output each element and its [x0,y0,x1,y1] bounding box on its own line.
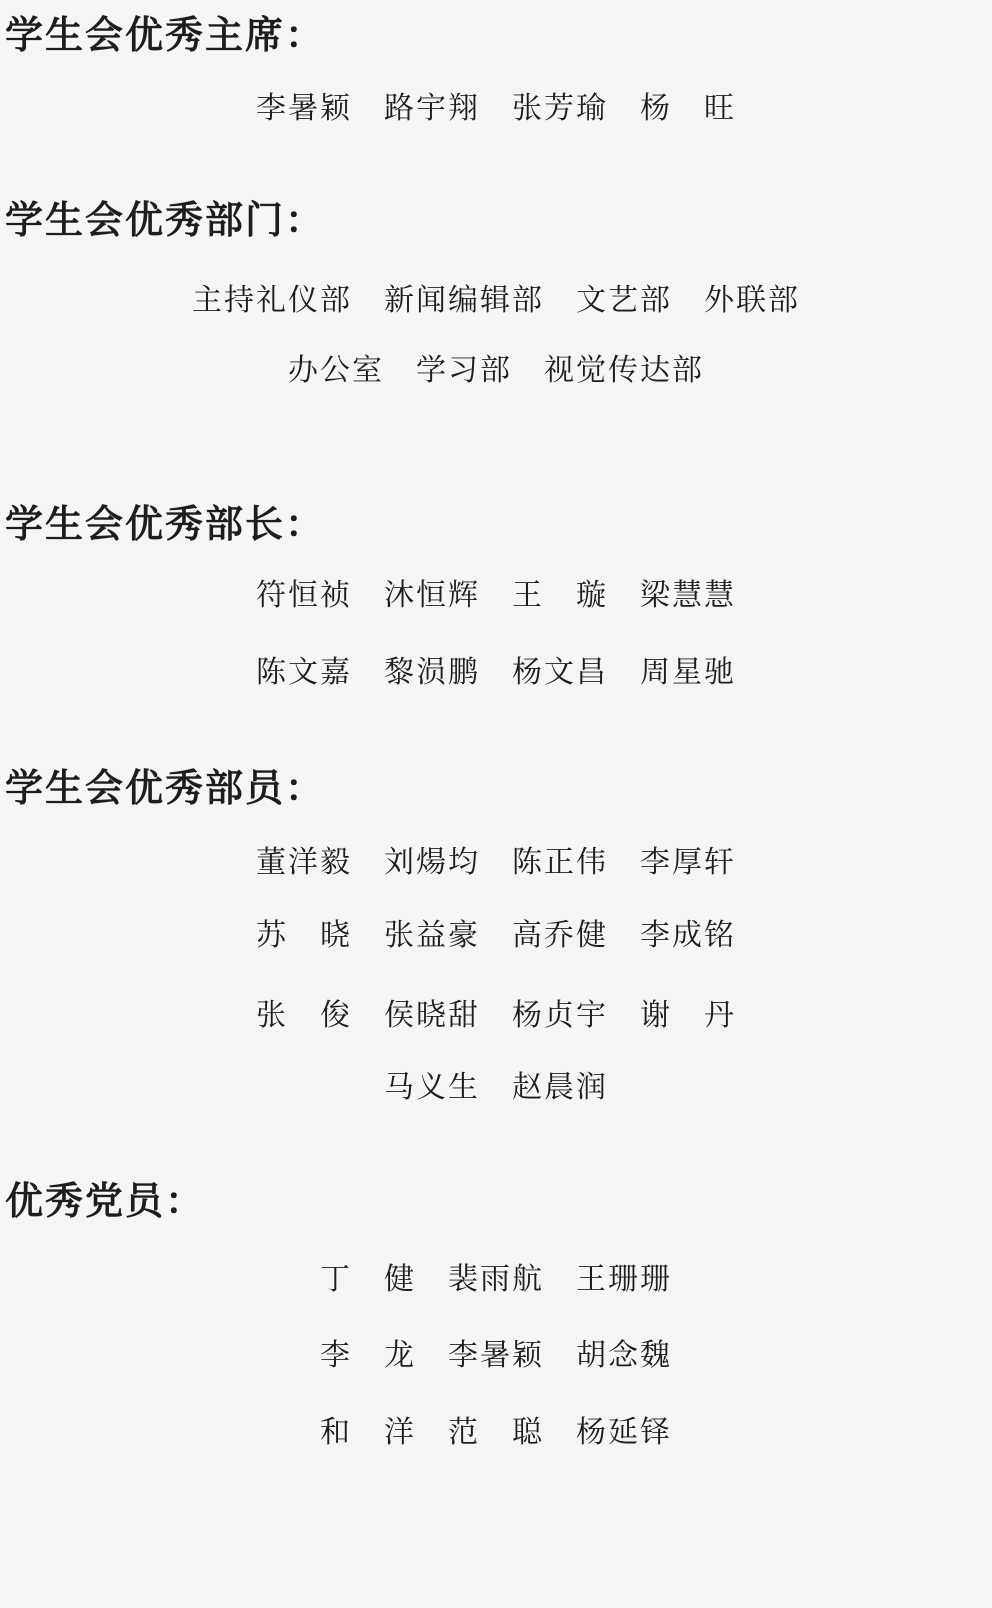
names-line: 张 俊 侯晓甜 杨贞宇 谢 丹 [0,998,992,1034]
names-line: 丁 健 裴雨航 王珊珊 [0,1262,992,1298]
names-line: 和 洋 范 聪 杨延铎 [0,1415,992,1451]
section-heading-party-members: 优秀党员： [0,1180,992,1224]
names-line: 办公室 学习部 视觉传达部 [0,353,992,389]
names-line: 李 龙 李暑颖 胡念魏 [0,1338,992,1374]
names-line: 马义生 赵晨润 [0,1070,992,1106]
section-heading-members: 学生会优秀部员： [0,767,992,811]
names-line: 主持礼仪部 新闻编辑部 文艺部 外联部 [0,283,992,319]
section-heading-presidents: 学生会优秀主席： [0,14,992,58]
section-heading-departments: 学生会优秀部门： [0,199,992,243]
names-line: 陈文嘉 黎涢鹏 杨文昌 周星驰 [0,655,992,691]
names-line: 苏 晓 张益豪 高乔健 李成铭 [0,918,992,954]
names-line: 李暑颖 路宇翔 张芳瑜 杨 旺 [0,91,992,127]
section-heading-department-heads: 学生会优秀部长： [0,503,992,547]
names-line: 董洋毅 刘煬均 陈正伟 李厚轩 [0,845,992,881]
names-line: 符恒祯 沐恒辉 王 璇 梁慧慧 [0,578,992,614]
award-list-page: 学生会优秀主席： 李暑颖 路宇翔 张芳瑜 杨 旺 学生会优秀部门： 主持礼仪部 … [0,0,992,1608]
